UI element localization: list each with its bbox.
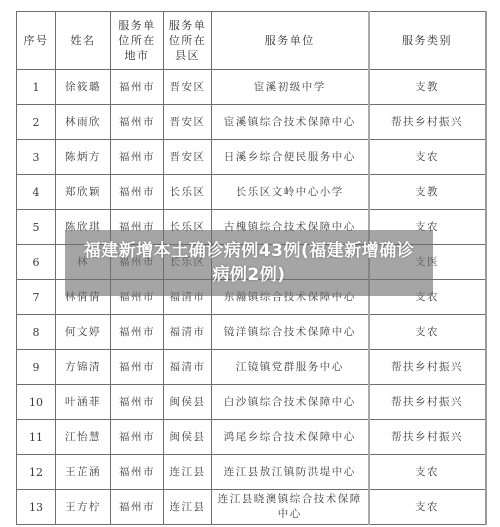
cell-unit — [212, 245, 369, 280]
cell-category: 支农 — [369, 315, 486, 350]
cell-county: 连江县 — [164, 490, 212, 525]
cell-county: 闽侯县 — [164, 385, 212, 420]
cell-index: 8 — [17, 315, 56, 350]
cell-county: 晋安区 — [164, 140, 212, 175]
cell-county: 连江县 — [164, 455, 212, 490]
table-body: 1 徐筱璐 福州市 晋安区 宦溪初级中学 支教 2 林雨欣 福州市 晋安区 宦溪… — [17, 70, 486, 525]
cell-county: 晋安区 — [164, 105, 212, 140]
header-name: 姓名 — [56, 12, 111, 70]
cell-city: 福州市 — [111, 455, 164, 490]
header-index: 序号 — [17, 12, 56, 70]
cell-unit: 东瀚镇综合技术保障中心 — [212, 280, 369, 315]
cell-category: 支医 — [369, 245, 486, 280]
cell-index: 10 — [17, 385, 56, 420]
cell-county: 闽侯县 — [164, 420, 212, 455]
cell-county: 福清市 — [164, 315, 212, 350]
cell-category: 支教 — [369, 70, 486, 105]
cell-county: 福清市 — [164, 350, 212, 385]
cell-name: 方锦清 — [56, 350, 111, 385]
cell-category: 帮扶乡村振兴 — [369, 105, 486, 140]
cell-unit: 连江县敖江镇防洪堤中心 — [212, 455, 369, 490]
table-row: 8 何文婷 福州市 福清市 镜洋镇综合技术保障中心 支农 — [17, 315, 486, 350]
cell-index: 4 — [17, 175, 56, 210]
cell-city: 福州市 — [111, 490, 164, 525]
cell-name: 林雨欣 — [56, 105, 111, 140]
cell-index: 5 — [17, 210, 56, 245]
cell-category: 支农 — [369, 455, 486, 490]
cell-city: 福州市 — [111, 245, 164, 280]
cell-city: 福州市 — [111, 140, 164, 175]
table-row: 12 王芷涵 福州市 连江县 连江县敖江镇防洪堤中心 支农 — [17, 455, 486, 490]
cell-unit: 江镜镇党群服务中心 — [212, 350, 369, 385]
cell-name: 徐筱璐 — [56, 70, 111, 105]
table-row: 11 江怡慧 福州市 闽侯县 鸿尾乡综合技术保障中心 帮扶乡村振兴 — [17, 420, 486, 455]
cell-unit: 连江县晓澳镇综合技术保障中心 — [212, 490, 369, 525]
cell-county: 福清市 — [164, 280, 212, 315]
table-row: 6 林 福州市 长乐区 支医 — [17, 245, 486, 280]
header-city: 服务单位所在地市 — [111, 12, 164, 70]
table-row: 5 陈欣琪 福州市 长乐区 古槐镇综合技术保障中心 支农 — [17, 210, 486, 245]
cell-category: 支农 — [369, 140, 486, 175]
cell-county: 长乐区 — [164, 245, 212, 280]
table-row: 4 郑欣颖 福州市 长乐区 长乐区文岭中心小学 支教 — [17, 175, 486, 210]
cell-name: 叶涵菲 — [56, 385, 111, 420]
cell-index: 2 — [17, 105, 56, 140]
cell-city: 福州市 — [111, 175, 164, 210]
header-category: 服务类别 — [369, 12, 486, 70]
cell-name: 王方柠 — [56, 490, 111, 525]
cell-unit: 日溪乡综合便民服务中心 — [212, 140, 369, 175]
cell-unit: 古槐镇综合技术保障中心 — [212, 210, 369, 245]
document-page: 序号 姓名 服务单位所在地市 服务单位所在县区 服务单位 服务类别 1 徐筱璐 … — [0, 0, 500, 527]
cell-category: 支农 — [369, 210, 486, 245]
cell-name: 江怡慧 — [56, 420, 111, 455]
cell-category: 帮扶乡村振兴 — [369, 420, 486, 455]
table-row: 7 林倩倩 福州市 福清市 东瀚镇综合技术保障中心 支农 — [17, 280, 486, 315]
header-row: 序号 姓名 服务单位所在地市 服务单位所在县区 服务单位 服务类别 — [17, 12, 486, 70]
cell-city: 福州市 — [111, 315, 164, 350]
table-row: 13 王方柠 福州市 连江县 连江县晓澳镇综合技术保障中心 支农 — [17, 490, 486, 525]
header-unit: 服务单位 — [212, 12, 369, 70]
cell-category: 帮扶乡村振兴 — [369, 385, 486, 420]
cell-index: 3 — [17, 140, 56, 175]
cell-category: 支农 — [369, 490, 486, 525]
cell-unit: 长乐区文岭中心小学 — [212, 175, 369, 210]
cell-name: 王芷涵 — [56, 455, 111, 490]
cell-index: 12 — [17, 455, 56, 490]
cell-index: 7 — [17, 280, 56, 315]
header-county: 服务单位所在县区 — [164, 12, 212, 70]
cell-name: 林 — [56, 245, 111, 280]
cell-index: 11 — [17, 420, 56, 455]
cell-index: 13 — [17, 490, 56, 525]
cell-city: 福州市 — [111, 385, 164, 420]
cell-county: 晋安区 — [164, 70, 212, 105]
table-row: 2 林雨欣 福州市 晋安区 宦溪镇综合技术保障中心 帮扶乡村振兴 — [17, 105, 486, 140]
cell-name: 何文婷 — [56, 315, 111, 350]
cell-city: 福州市 — [111, 210, 164, 245]
cell-name: 郑欣颖 — [56, 175, 111, 210]
cell-city: 福州市 — [111, 70, 164, 105]
cell-category: 支农 — [369, 280, 486, 315]
cell-name: 陈欣琪 — [56, 210, 111, 245]
cell-index: 1 — [17, 70, 56, 105]
cell-unit: 宦溪初级中学 — [212, 70, 369, 105]
cell-city: 福州市 — [111, 105, 164, 140]
volunteer-roster-table: 序号 姓名 服务单位所在地市 服务单位所在县区 服务单位 服务类别 1 徐筱璐 … — [16, 11, 487, 525]
cell-name: 陈炳方 — [56, 140, 111, 175]
table-row: 10 叶涵菲 福州市 闽侯县 白沙镇综合技术保障中心 帮扶乡村振兴 — [17, 385, 486, 420]
cell-index: 9 — [17, 350, 56, 385]
cell-unit: 鸿尾乡综合技术保障中心 — [212, 420, 369, 455]
cell-city: 福州市 — [111, 420, 164, 455]
table-row: 9 方锦清 福州市 福清市 江镜镇党群服务中心 帮扶乡村振兴 — [17, 350, 486, 385]
cell-unit: 镜洋镇综合技术保障中心 — [212, 315, 369, 350]
table-row: 3 陈炳方 福州市 晋安区 日溪乡综合便民服务中心 支农 — [17, 140, 486, 175]
cell-category: 帮扶乡村振兴 — [369, 350, 486, 385]
cell-city: 福州市 — [111, 350, 164, 385]
cell-unit: 白沙镇综合技术保障中心 — [212, 385, 369, 420]
cell-unit: 宦溪镇综合技术保障中心 — [212, 105, 369, 140]
cell-index: 6 — [17, 245, 56, 280]
cell-category: 支教 — [369, 175, 486, 210]
cell-county: 长乐区 — [164, 210, 212, 245]
cell-name: 林倩倩 — [56, 280, 111, 315]
cell-county: 长乐区 — [164, 175, 212, 210]
table-row: 1 徐筱璐 福州市 晋安区 宦溪初级中学 支教 — [17, 70, 486, 105]
cell-city: 福州市 — [111, 280, 164, 315]
